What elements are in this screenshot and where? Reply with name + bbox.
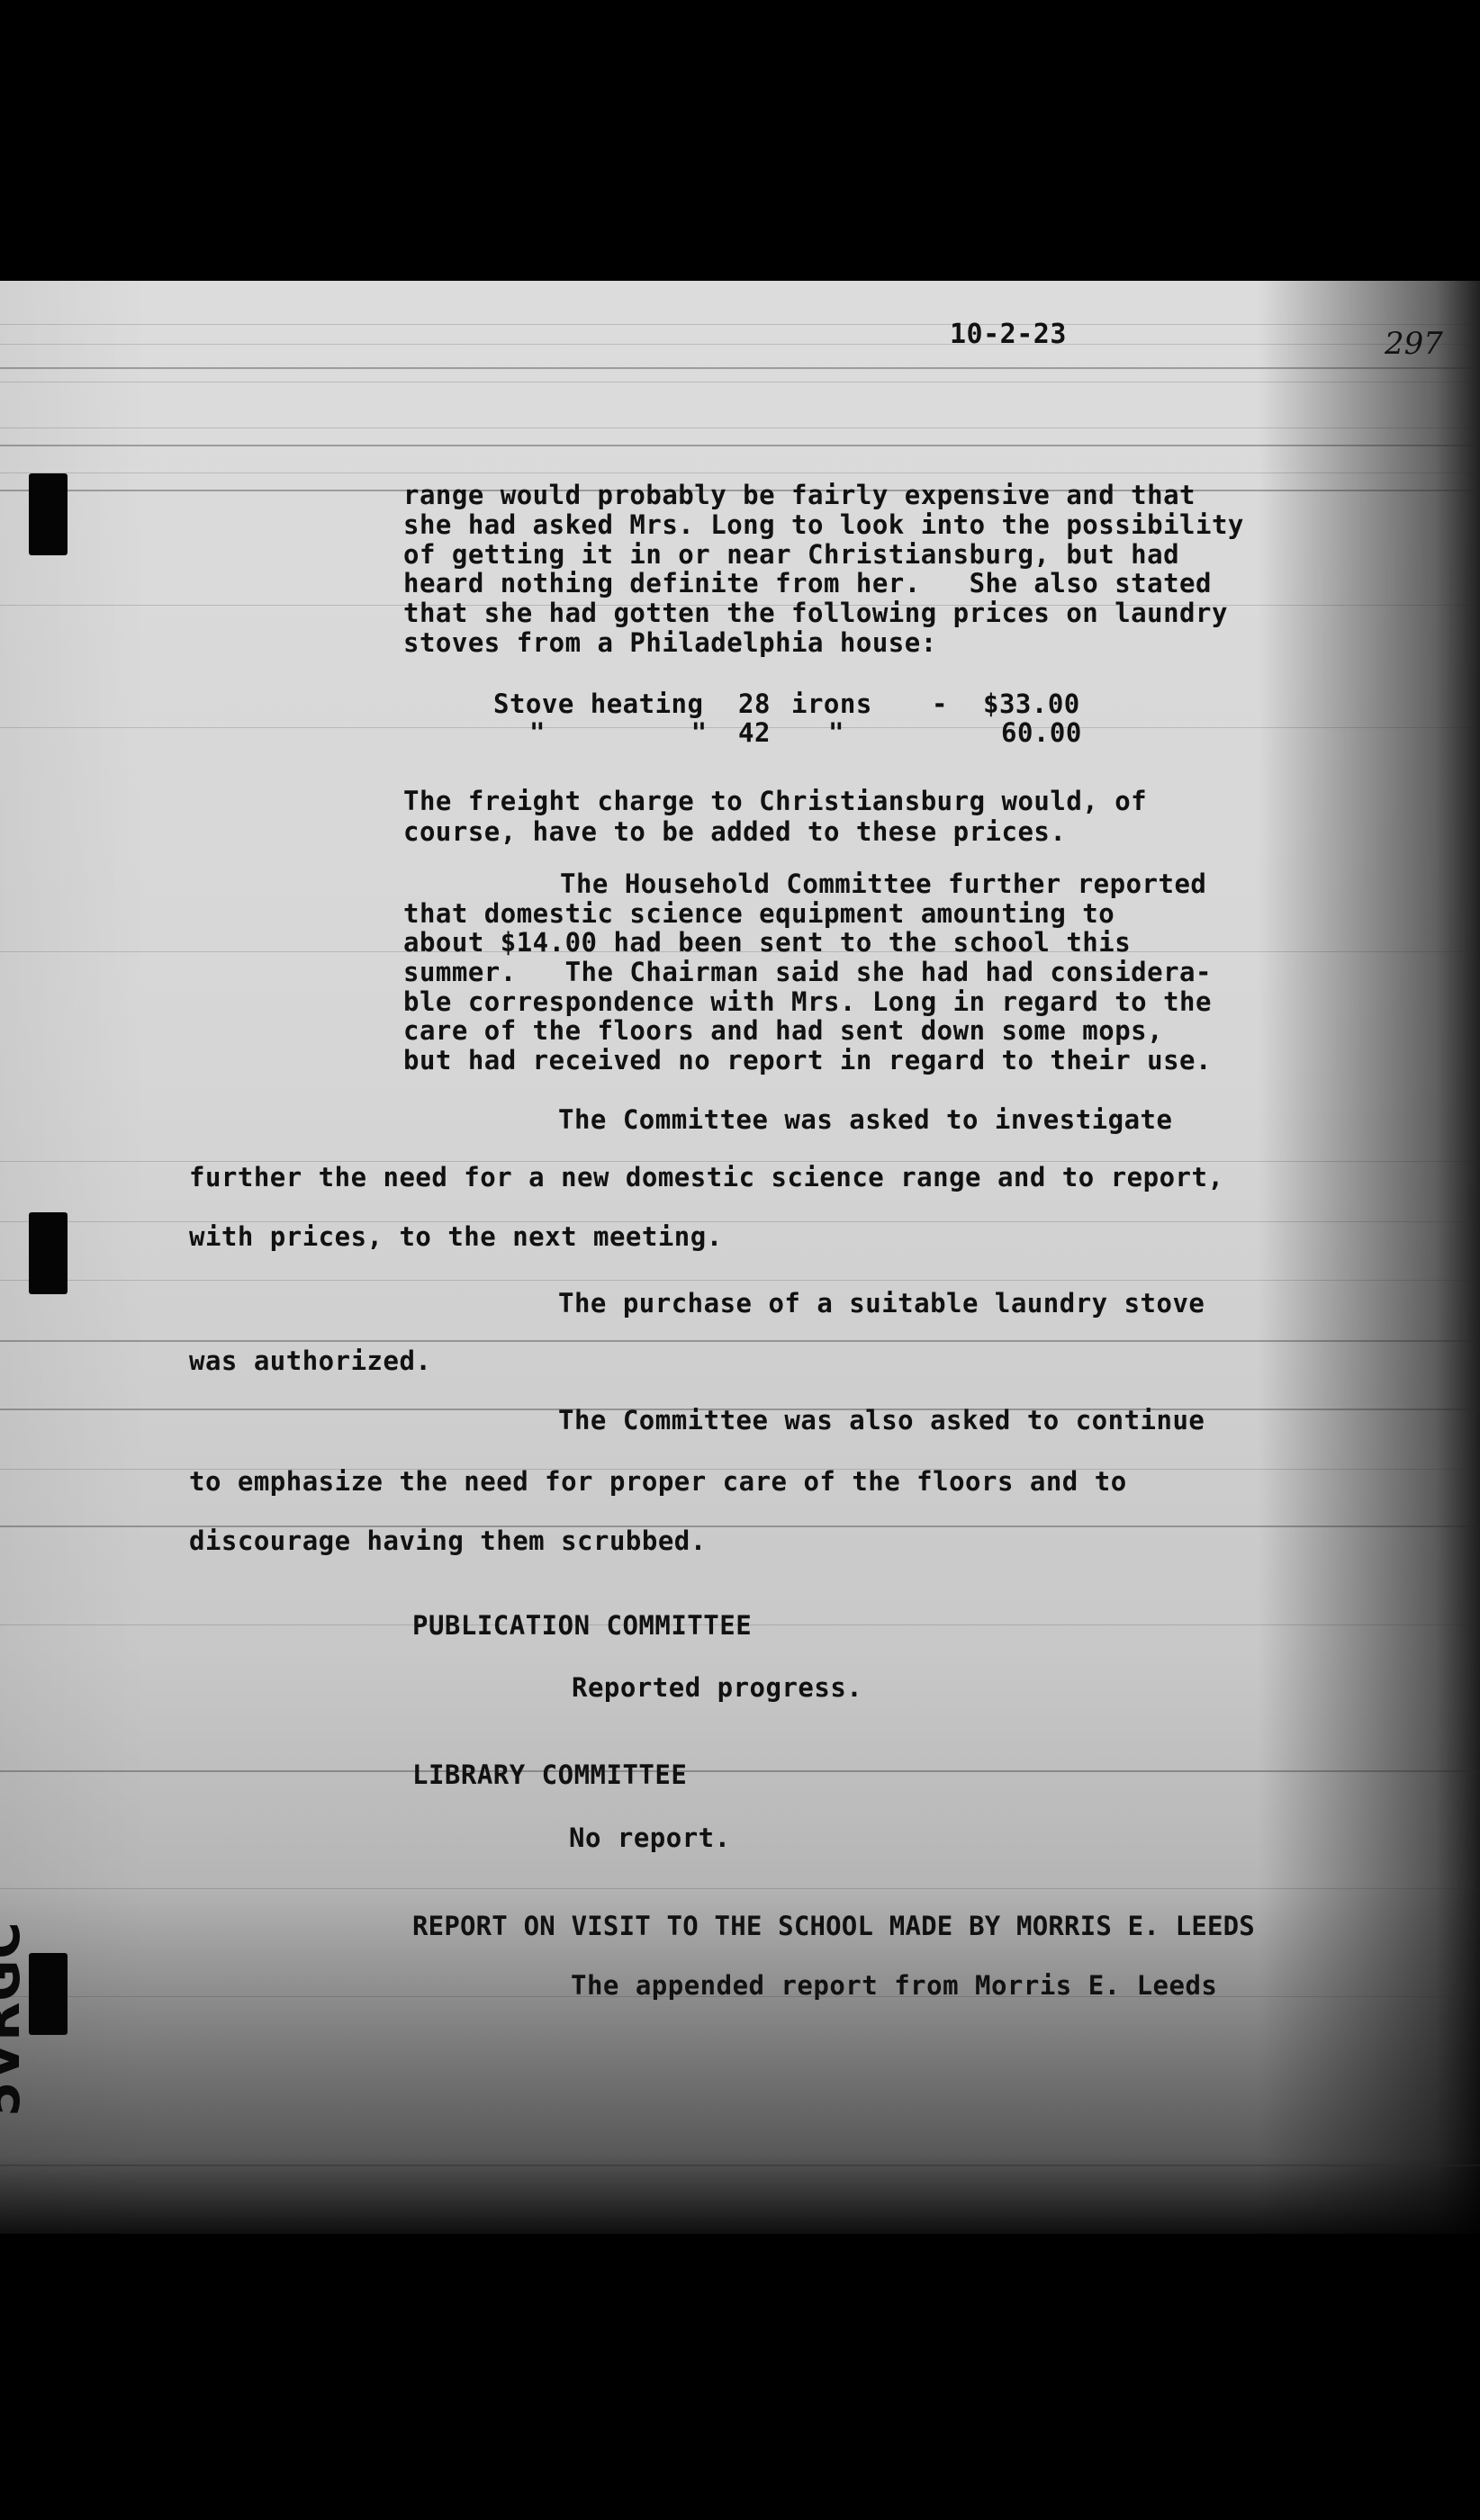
section-heading: LIBRARY COMMITTEE (412, 1760, 687, 1789)
text-line: summer. The Chairman said she had had co… (403, 958, 1212, 986)
text-line: ble correspondence with Mrs. Long in reg… (403, 987, 1212, 1016)
price-dash: - (932, 689, 948, 718)
registration-bar (29, 473, 68, 555)
text-line: with prices, to the next meeting. (189, 1222, 723, 1251)
margin-stamp: 5VRGC (0, 1921, 32, 2118)
text-line: heard nothing definite from her. She als… (403, 569, 1212, 598)
text-line: was authorized. (189, 1346, 431, 1375)
registration-bar (29, 1953, 68, 2035)
section-body: The appended report from Morris E. Leeds (571, 1971, 1217, 2000)
text-line: further the need for a new domestic scie… (189, 1163, 1223, 1192)
ruled-line (0, 367, 1480, 369)
document-page: 10-2-23 297 range would probably be fair… (0, 281, 1480, 2234)
price-count: 28 (738, 689, 771, 718)
price-value: $33.00 (983, 689, 1080, 718)
text-line: discourage having them scrubbed. (189, 1526, 707, 1555)
text-line: range would probably be fairly expensive… (403, 481, 1196, 509)
text-line: about $14.00 had been sent to the school… (403, 928, 1131, 957)
text-line: but had received no report in regard to … (403, 1046, 1212, 1075)
ruled-line (0, 427, 1480, 428)
ruled-line (0, 1770, 1480, 1772)
text-line: The Committee was asked to investigate (558, 1105, 1172, 1134)
ruled-line (0, 445, 1480, 446)
document-date: 10-2-23 (950, 320, 1067, 349)
price-unit: " (828, 718, 844, 747)
price-item: " " (529, 718, 708, 747)
text-line: The freight charge to Christiansburg wou… (403, 787, 1147, 815)
price-item: Stove heating (493, 689, 703, 718)
section-body: Reported progress. (572, 1673, 862, 1702)
ruled-line (0, 382, 1480, 382)
text-line: of getting it in or near Christiansburg,… (403, 540, 1179, 569)
text-line: that domestic science equipment amountin… (403, 899, 1115, 928)
ruled-line (0, 1340, 1480, 1342)
text-line: The purchase of a suitable laundry stove (558, 1289, 1205, 1318)
price-value: 60.00 (1001, 718, 1082, 747)
ruled-line (0, 1280, 1480, 1281)
text-line: course, have to be added to these prices… (403, 817, 1066, 846)
registration-bar (29, 1212, 68, 1294)
page-number: 297 (1385, 326, 1443, 362)
text-line: to emphasize the need for proper care of… (189, 1467, 1127, 1496)
ruled-line (0, 344, 1480, 345)
text-line: care of the floors and had sent down som… (403, 1016, 1163, 1045)
section-heading: REPORT ON VISIT TO THE SCHOOL MADE BY MO… (412, 1912, 1255, 1940)
price-count: 42 (738, 718, 771, 747)
ruled-line (0, 2164, 1480, 2166)
text-line: that she had gotten the following prices… (403, 598, 1228, 627)
ruled-line (0, 472, 1480, 473)
text-line: The Household Committee further reported (560, 869, 1206, 898)
price-unit: irons (791, 689, 872, 718)
section-heading: PUBLICATION COMMITTEE (412, 1611, 752, 1640)
text-line: stoves from a Philadelphia house: (403, 628, 937, 657)
section-body: No report. (569, 1823, 731, 1852)
ruled-line (0, 1888, 1480, 1889)
text-line: she had asked Mrs. Long to look into the… (403, 510, 1244, 539)
text-line: The Committee was also asked to continue (558, 1406, 1205, 1435)
ruled-line (0, 324, 1480, 325)
